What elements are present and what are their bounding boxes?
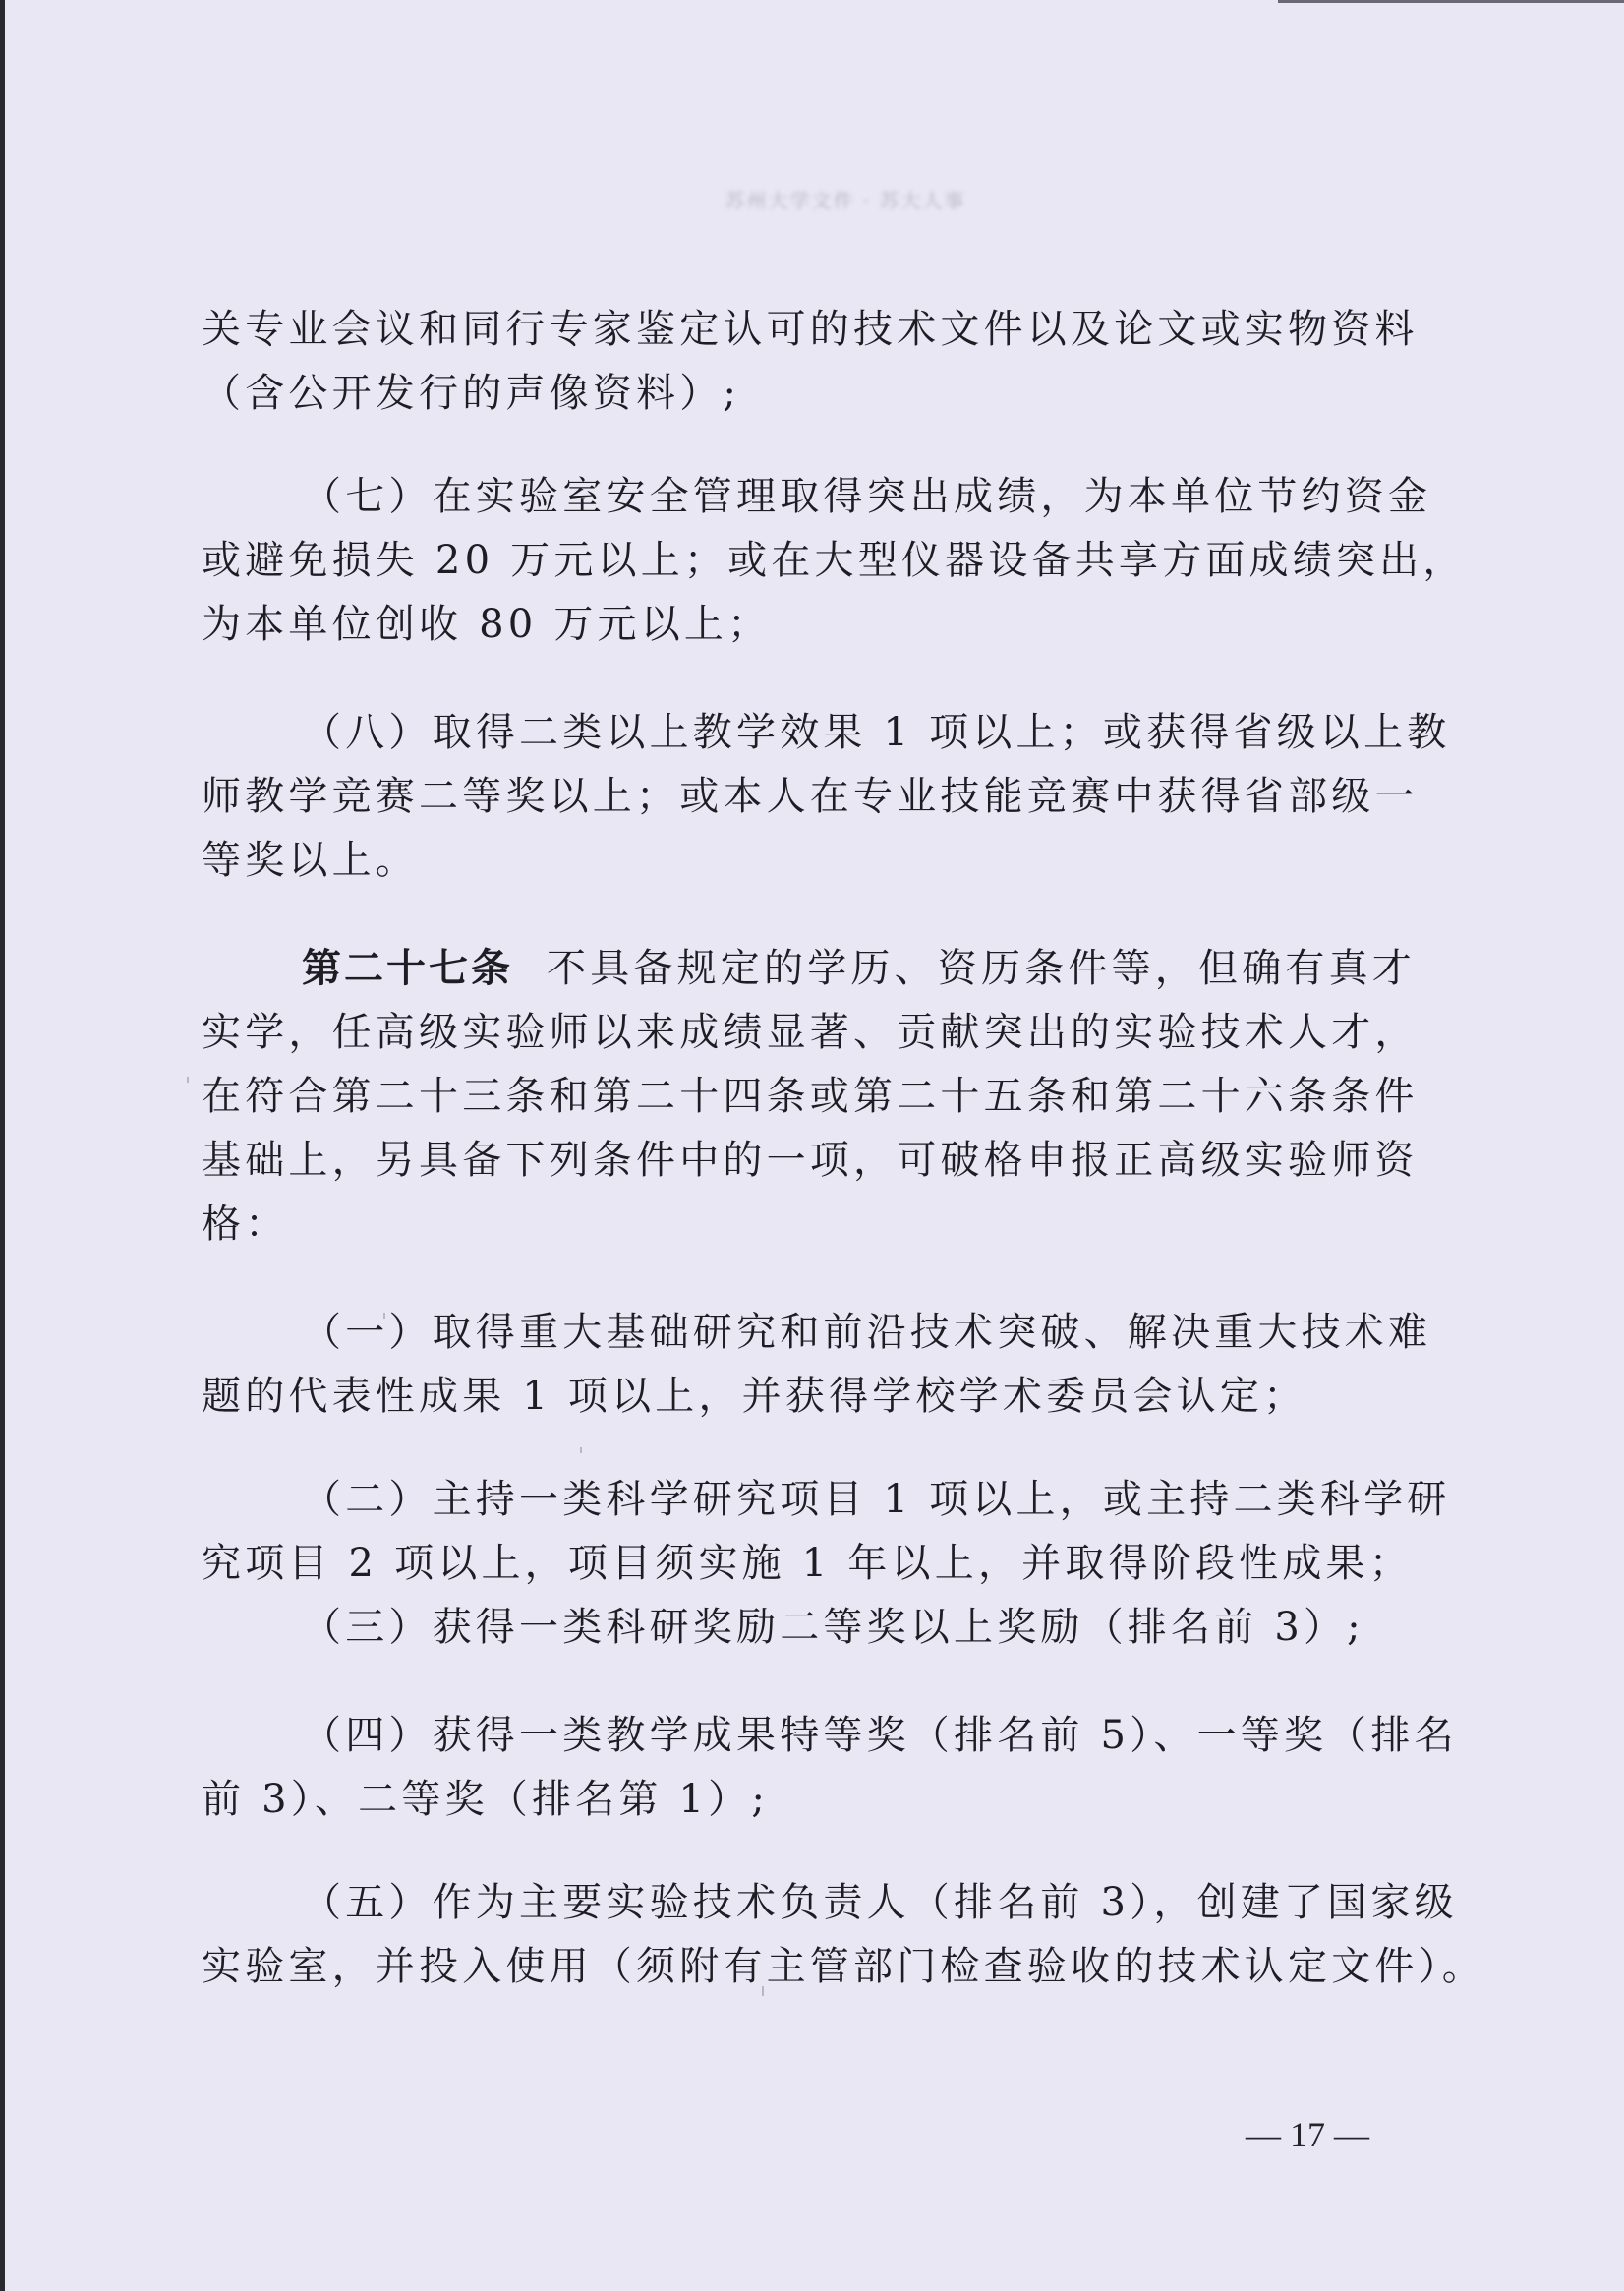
clause-item-4: （四）获得一类教学成果特等奖（排名前 5）、一等奖（排名 [302, 1711, 1458, 1760]
article-27-first-line: 第二十七条不具备规定的学历、资历条件等，但确有真才 [302, 944, 1416, 993]
text-line: 师教学竞赛二等奖以上；或本人在专业技能竞赛中获得省部级一 [202, 772, 1419, 821]
clause-item-2: （二）主持一类科学研究项目 1 项以上，或主持二类科学研 [302, 1475, 1450, 1524]
text-line: 题的代表性成果 1 项以上，并获得学校学术委员会认定； [202, 1372, 1306, 1421]
scan-top-edge [1278, 0, 1624, 3]
text-line: 等奖以上。 [202, 836, 419, 885]
text-line: 实学，任高级实验师以来成绩显著、贡献突出的实验技术人才， [202, 1008, 1419, 1057]
text-line: 基础上，另具备下列条件中的一项，可破格申报正高级实验师资 [202, 1136, 1419, 1185]
clause-item-1: （一）取得重大基础研究和前沿技术突破、解决重大技术难 [302, 1308, 1431, 1357]
text-line: 前 3）、二等奖（排名第 1）; [202, 1775, 769, 1824]
scan-speck [762, 1986, 764, 1996]
text-line: 或避免损失 20 万元以上；或在大型仪器设备共享方面成绩突出， [202, 536, 1467, 585]
page-number: — 17 — [1209, 2114, 1406, 2155]
clause-item-3: （三）获得一类科研奖励二等奖以上奖励（排名前 3）; [302, 1603, 1364, 1652]
clause-item-5: （五）作为主要实验技术负责人（排名前 3），创建了国家级 [302, 1878, 1458, 1927]
clause-item-7: （七）在实验室安全管理取得突出成绩，为本单位节约资金 [302, 472, 1431, 521]
scan-speck [580, 1447, 582, 1453]
scan-speck [383, 1313, 385, 1319]
article-text: 不具备规定的学历、资历条件等，但确有真才 [547, 946, 1416, 991]
scan-speck [187, 1077, 189, 1083]
text-line: 格： [202, 1200, 288, 1249]
clause-item-8: （八）取得二类以上教学效果 1 项以上；或获得省级以上教 [302, 708, 1450, 757]
article-heading: 第二十七条 [302, 945, 513, 991]
running-header: 苏州大学文件 · 苏大人事 [668, 185, 1022, 213]
text-line: 关专业会议和同行专家鉴定认可的技术文件以及论文或实物资料 [202, 305, 1419, 354]
text-line: 在符合第二十三条和第二十四条或第二十五条和第二十六条条件 [202, 1072, 1419, 1121]
scan-left-edge [0, 0, 5, 2291]
text-line: （含公开发行的声像资料）; [202, 369, 740, 418]
text-line: 实验室，并投入使用（须附有主管部门检查验收的技术认定文件）。 [202, 1942, 1485, 1991]
text-line: 究项目 2 项以上，项目须实施 1 年以上，并取得阶段性成果； [202, 1539, 1413, 1588]
text-line: 为本单位创收 80 万元以上； [202, 600, 771, 649]
